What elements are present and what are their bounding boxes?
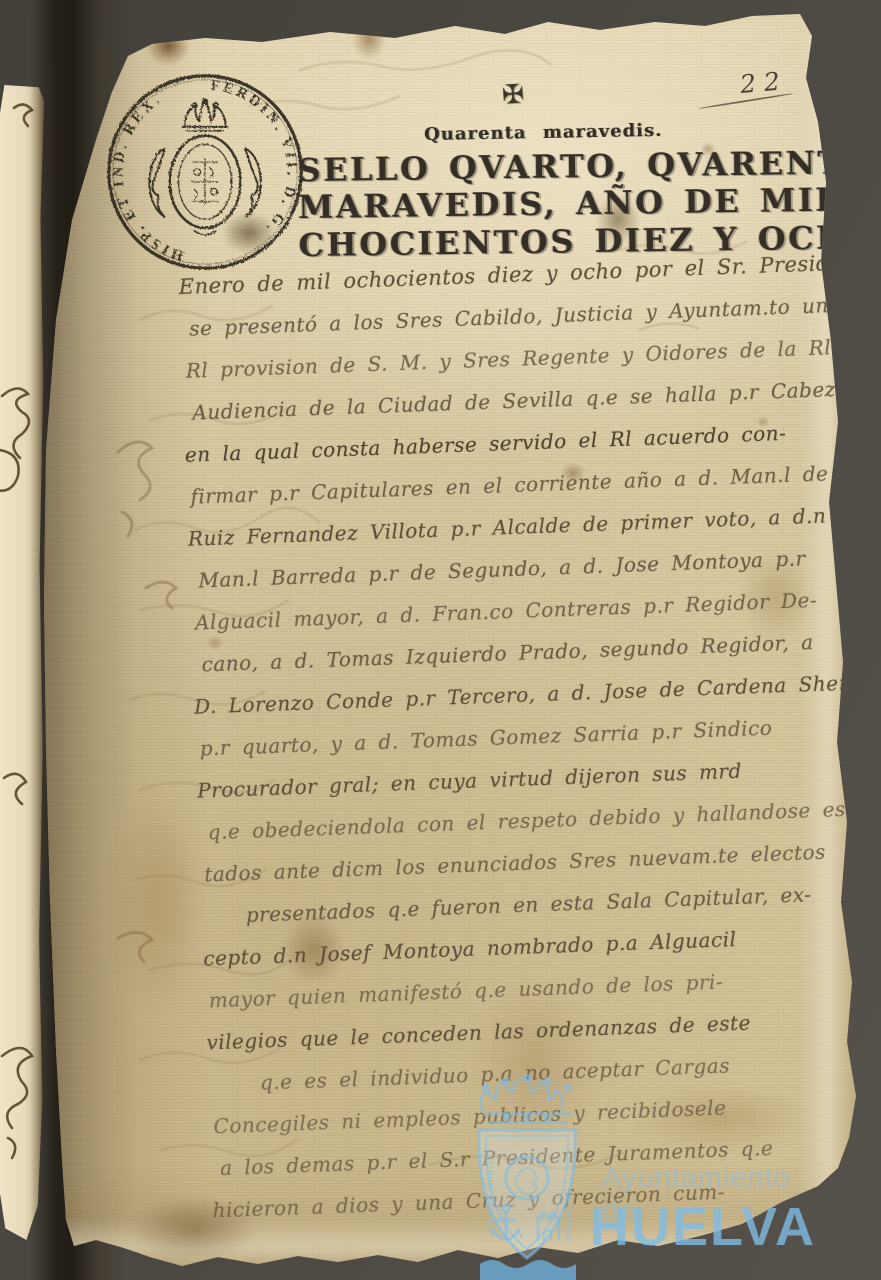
seal-coat-of-arms-icon xyxy=(149,136,260,235)
seal-crown-icon xyxy=(182,99,227,131)
stain xyxy=(352,18,386,60)
document-page: FERDIN. VII. D. G. HISP. ET IND. REX. ✠ … xyxy=(0,0,881,1280)
cross-ornament-icon: ✠ xyxy=(501,79,525,110)
royal-seal-stamp: FERDIN. VII. D. G. HISP. ET IND. REX. xyxy=(100,64,316,280)
crest-waves-icon xyxy=(480,1260,576,1280)
rosette-ornament-icon: ✿ xyxy=(859,184,881,217)
manuscript-text: Enero de mil ochocientos diez y ocho por… xyxy=(178,242,869,1231)
svg-text:HISP. ET IND. REX.: HISP. ET IND. REX. xyxy=(110,91,185,264)
stain xyxy=(108,790,208,1010)
tax-value-line: Quarenta maravedis. xyxy=(424,120,663,145)
manuscript-scan: FERDIN. VII. D. G. HISP. ET IND. REX. ✠ … xyxy=(0,0,881,1280)
stain xyxy=(146,26,190,66)
seal-legend-bottom: HISP. ET IND. REX. xyxy=(110,91,185,264)
torn-edge-bottom xyxy=(60,1218,850,1270)
